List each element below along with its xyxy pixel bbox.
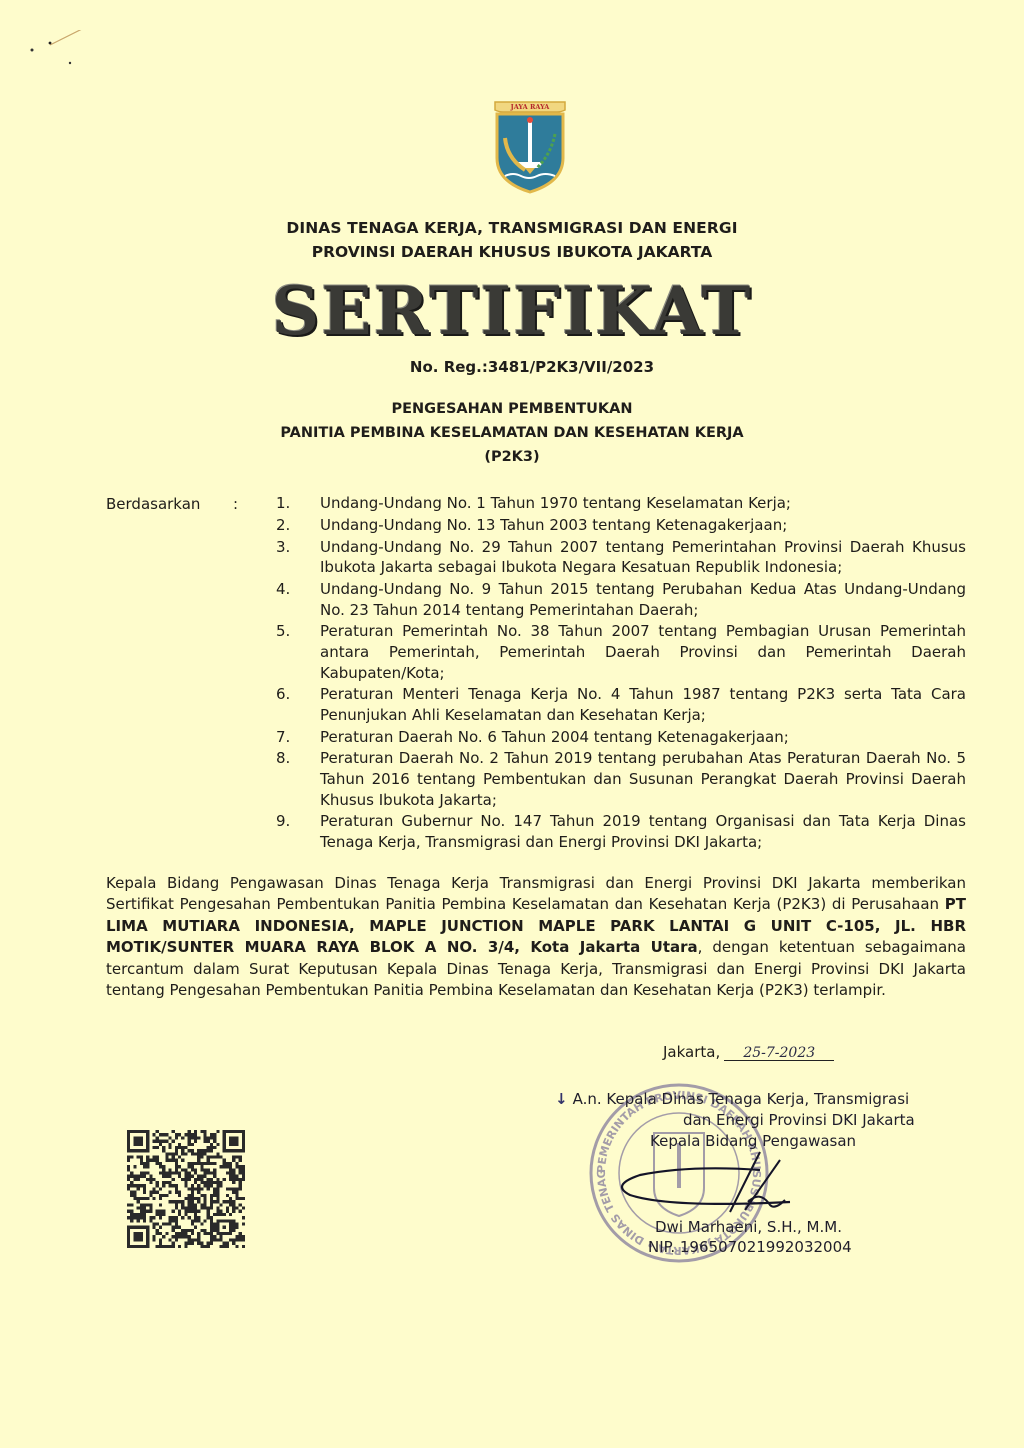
svg-text:JAYA RAYA: JAYA RAYA: [510, 103, 551, 111]
legal-basis-item: 1.Undang-Undang No. 1 Tahun 1970 tentang…: [276, 493, 966, 514]
scan-speck-marks: [20, 30, 100, 90]
legal-basis-list: 1.Undang-Undang No. 1 Tahun 1970 tentang…: [276, 493, 966, 854]
legal-basis-item: 7.Peraturan Daerah No. 6 Tahun 2004 tent…: [276, 727, 966, 748]
place-date: Jakarta,25-7-2023: [663, 1043, 834, 1061]
legal-basis-item: 9.Peraturan Gubernur No. 147 Tahun 2019 …: [276, 811, 966, 852]
agency-name: DINAS TENAGA KERJA, TRANSMIGRASI DAN ENE…: [0, 219, 1024, 237]
basis-label: Berdasarkan: [106, 495, 200, 513]
province-name: PROVINSI DAERAH KHUSUS IBUKOTA JAKARTA: [0, 243, 1024, 261]
handwritten-date: 25-7-2023: [724, 1046, 834, 1061]
handwritten-signature-icon: [610, 1150, 800, 1220]
signatory-nip: NIP. 196507021992032004: [648, 1238, 852, 1256]
basis-colon: :: [233, 495, 238, 513]
qr-code-icon: [127, 1130, 245, 1248]
legal-basis-item: 2.Undang-Undang No. 13 Tahun 2003 tentan…: [276, 515, 966, 536]
legal-basis-item: 3.Undang-Undang No. 29 Tahun 2007 tentan…: [276, 537, 966, 578]
legal-basis-item: 4.Undang-Undang No. 9 Tahun 2015 tentang…: [276, 579, 966, 620]
subject-line-3: (P2K3): [0, 449, 1024, 465]
registration-number: No. Reg.:3481/P2K3/VII/2023: [0, 358, 1024, 376]
certification-statement: Kepala Bidang Pengawasan Dinas Tenaga Ke…: [106, 873, 966, 1001]
subject-line-1: PENGESAHAN PEMBENTUKAN: [0, 401, 1024, 417]
document-title: SERTIFIKAT: [0, 272, 1024, 350]
jakarta-coat-of-arms-icon: JAYA RAYA: [491, 98, 569, 194]
legal-basis-item: 5.Peraturan Pemerintah No. 38 Tahun 2007…: [276, 621, 966, 683]
subject-line-2: PANITIA PEMBINA KESELAMATAN DAN KESEHATA…: [0, 425, 1024, 441]
signatory-name: Dwi Marhaeni, S.H., M.M.: [655, 1218, 842, 1236]
legal-basis-item: 6.Peraturan Menteri Tenaga Kerja No. 4 T…: [276, 684, 966, 725]
signatory-title: ↓A.n. Kepala Dinas Tenaga Kerja, Transmi…: [555, 1089, 955, 1152]
certificate-page: JAYA RAYA DINAS TENAGA KERJA, TRANSMIGRA…: [0, 0, 1024, 1448]
marker-icon: ↓: [555, 1090, 568, 1108]
legal-basis-item: 8.Peraturan Daerah No. 2 Tahun 2019 tent…: [276, 748, 966, 810]
